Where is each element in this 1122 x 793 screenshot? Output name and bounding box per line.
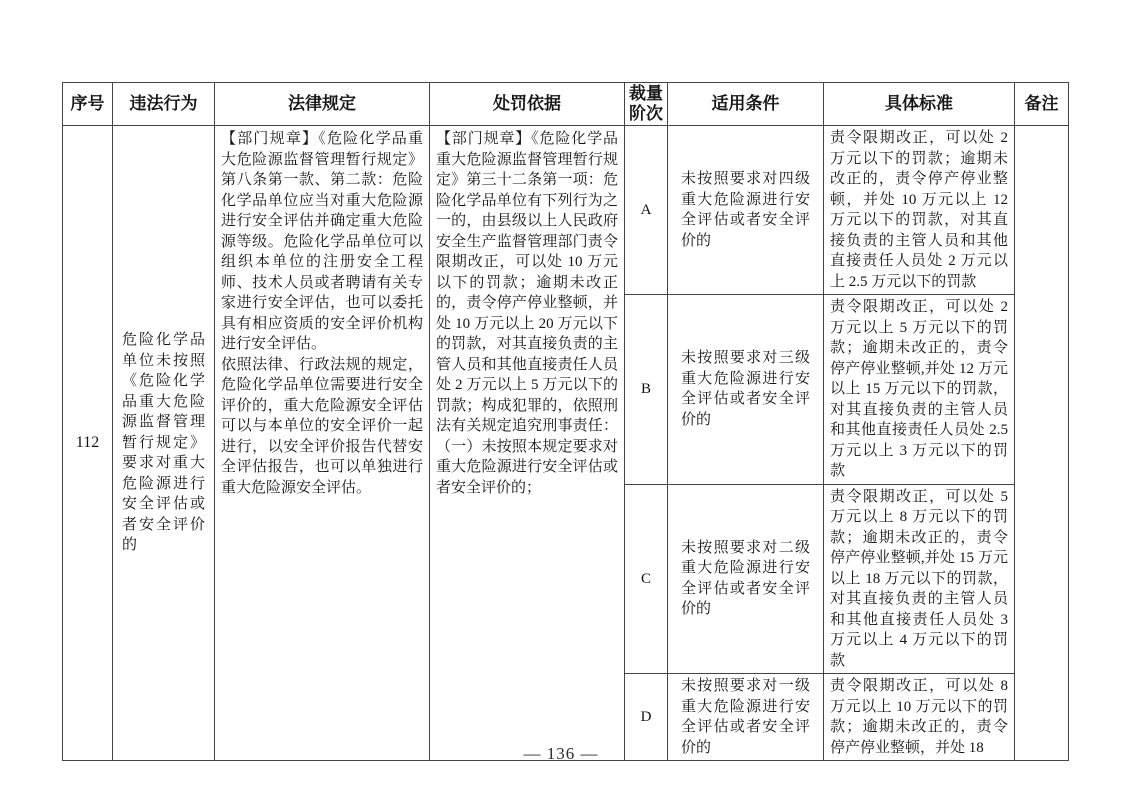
violation-cell: 危险化学品单位未按照《危险化学品重大危险源监督管理暂行规定》要求对重大危险源进行…	[113, 126, 215, 761]
page-number: — 136 —	[0, 744, 1122, 764]
header-legal-provision: 法律规定	[215, 83, 430, 126]
condition-a: 未按照要求对四级重大危险源进行安全评估或者安全评价的	[668, 126, 824, 295]
legal-provision-cell: 【部门规章】《危险化学品重大危险源监督管理暂行规定》第八条第一款、第二款：危险化…	[215, 126, 430, 761]
header-remark: 备注	[1015, 83, 1069, 126]
remark-cell	[1015, 126, 1069, 761]
table-header-row: 序号 违法行为 法律规定 处罚依据 裁量阶次 适用条件 具体标准 备注	[63, 83, 1069, 126]
header-penalty-basis: 处罚依据	[430, 83, 625, 126]
tier-level-a: A	[625, 126, 668, 295]
penalty-discretion-table: 序号 违法行为 法律规定 处罚依据 裁量阶次 适用条件 具体标准 备注 112 …	[62, 82, 1069, 761]
header-violation: 违法行为	[113, 83, 215, 126]
header-seq: 序号	[63, 83, 113, 126]
standard-c: 责令限期改正，可以处 5 万元以上 8 万元以下的罚款；逾期未改正的，责令停产停…	[824, 484, 1015, 674]
legal-provision-paragraph-2: 依照法律、行政法规的规定，危险化学品单位需要进行安全评价的，重大危险源安全评估可…	[221, 355, 423, 499]
tier-level-b: B	[625, 295, 668, 485]
header-applicable-condition: 适用条件	[668, 83, 824, 126]
legal-provision-paragraph-1: 【部门规章】《危险化学品重大危险源监督管理暂行规定》第八条第一款、第二款：危险化…	[221, 129, 423, 355]
standard-a: 责令限期改正，可以处 2 万元以下的罚款；逾期未改正的，责令停产停业整顿，并处 …	[824, 126, 1015, 295]
standard-b: 责令限期改正，可以处 2 万元以上 5 万元以下的罚款；逾期未改正的，责令停产停…	[824, 295, 1015, 485]
condition-c: 未按照要求对二级重大危险源进行安全评估或者安全评价的	[668, 484, 824, 674]
condition-b: 未按照要求对三级重大危险源进行安全评估或者安全评价的	[668, 295, 824, 485]
tier-row-a: 112 危险化学品单位未按照《危险化学品重大危险源监督管理暂行规定》要求对重大危…	[63, 126, 1069, 295]
header-discretion-tier: 裁量阶次	[625, 83, 668, 126]
tier-level-c: C	[625, 484, 668, 674]
header-specific-standard: 具体标准	[824, 83, 1015, 126]
penalty-basis-cell: 【部门规章】《危险化学品重大危险源监督管理暂行规定》第三十二条第一项：危险化学品…	[430, 126, 625, 761]
seq-cell: 112	[63, 126, 113, 761]
document-page: 序号 违法行为 法律规定 处罚依据 裁量阶次 适用条件 具体标准 备注 112 …	[0, 0, 1122, 793]
